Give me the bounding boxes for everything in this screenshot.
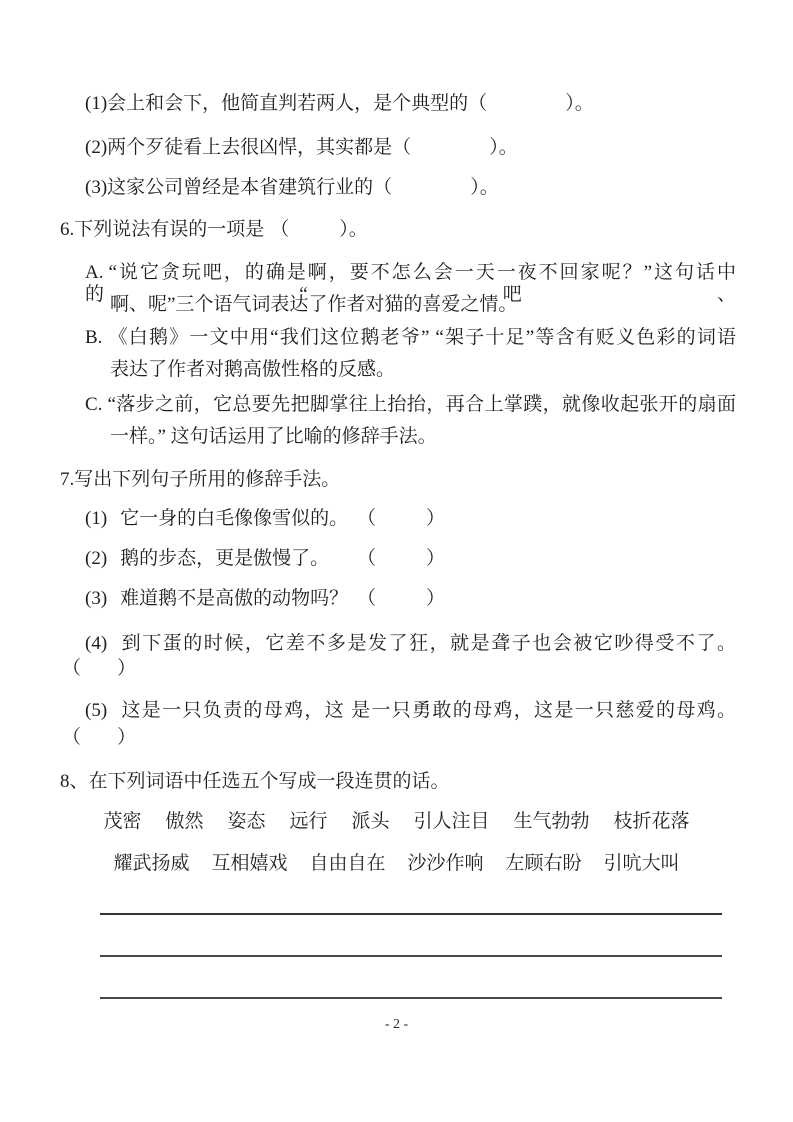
word-bank-row-2: 耀武扬威 互相嬉戏 自由自在 沙沙作响 左顾右盼 引吭大叫 bbox=[57, 853, 736, 875]
option-c: C.“落步之前，它总要先把脚掌往上抬抬，再合上掌蹼，就像收起张开的扇面 一样。”… bbox=[85, 394, 736, 448]
item-number: (5) bbox=[85, 700, 107, 721]
blank-space bbox=[81, 742, 117, 743]
question-7-stem: 7.写出下列句子所用的修辞手法。 bbox=[60, 469, 736, 491]
question-7-item-5-parens: （） bbox=[62, 727, 736, 749]
option-b-line-2: 表达了作者对鹅高傲性格的反感。 bbox=[85, 359, 736, 381]
period: 。 bbox=[575, 93, 594, 114]
paren-open: （ bbox=[357, 508, 376, 529]
page-number: - 2 - bbox=[57, 1015, 736, 1035]
blank-space bbox=[487, 108, 565, 109]
blank-space bbox=[289, 234, 339, 235]
item-text: 两个歹徒看上去很凶悍，其实都是 bbox=[107, 137, 392, 158]
question-7-item-3: (3)难道鹅不是高傲的动物吗？ （） bbox=[85, 588, 736, 610]
word: 茂密 bbox=[103, 811, 141, 833]
paren-close: ） bbox=[470, 177, 480, 198]
item-number: (1) bbox=[85, 508, 107, 529]
blank-space bbox=[81, 673, 117, 674]
item-text: 这是一只负责的母鸡，这 是一只勇敢的母鸡，这是一只慈爱的母鸡。 bbox=[120, 700, 736, 721]
blank-space bbox=[376, 603, 426, 604]
word: 自由自在 bbox=[309, 853, 385, 875]
sentence: (3)难道鹅不是高傲的动物吗？ bbox=[85, 588, 357, 610]
paren-open: （ bbox=[392, 137, 411, 158]
word: 傲然 bbox=[165, 811, 203, 833]
item-text: 鹅的步态，更是傲慢了。 bbox=[120, 548, 329, 569]
question-7-item-1: (1)它一身的白毛像像雪似的。 （） bbox=[85, 508, 736, 530]
option-label: C. bbox=[85, 394, 102, 415]
item-text: 这家公司曾经是本省建筑行业的 bbox=[107, 177, 373, 198]
fill-blank-item-1: (1)会上和会下，他简直判若两人，是个典型的（）。 bbox=[85, 93, 736, 115]
paren-close: ） bbox=[426, 548, 445, 569]
option-c-line-2: 一样。” 这句话运用了比喻的修辞手法。 bbox=[85, 426, 736, 448]
item-text: 到下蛋的时候，它差不多是发了狂，就是聋子也会被它吵得受不了。 bbox=[120, 633, 736, 654]
period: 。 bbox=[499, 137, 518, 158]
word: 耀武扬威 bbox=[113, 853, 189, 875]
paren-close: ） bbox=[489, 137, 499, 158]
answer-line-3 bbox=[100, 957, 722, 999]
answer-line-2 bbox=[100, 915, 722, 957]
item-text: 难道鹅不是高傲的动物吗？ bbox=[120, 588, 348, 609]
paren-open: （ bbox=[270, 219, 289, 240]
paren-close: ） bbox=[565, 93, 575, 114]
word: 生气勃勃 bbox=[514, 811, 590, 833]
item-number: (3) bbox=[85, 588, 107, 609]
option-text: “落步之前，它总要先把脚掌往上抬抬，再合上掌蹼，就像收起张开的扇面 bbox=[107, 394, 736, 415]
question-stem-text: 6.下列说法有误的一项是 bbox=[60, 219, 264, 240]
paren-open: （ bbox=[373, 177, 392, 198]
blank-space bbox=[376, 523, 426, 524]
option-c-line-1: C.“落步之前，它总要先把脚掌往上抬抬，再合上掌蹼，就像收起张开的扇面 bbox=[85, 394, 736, 416]
word: 引吭大叫 bbox=[604, 853, 680, 875]
question-7-item-5: (5)这是一只负责的母鸡，这 是一只勇敢的母鸡，这是一只慈爱的母鸡。 bbox=[85, 700, 736, 722]
fill-blank-item-3: (3)这家公司曾经是本省建筑行业的（）。 bbox=[85, 177, 736, 199]
question-6-stem: 6.下列说法有误的一项是（）。 bbox=[60, 219, 736, 241]
word: 左顾右盼 bbox=[506, 853, 582, 875]
word: 远行 bbox=[289, 811, 327, 833]
worksheet-page: (1)会上和会下，他简直判若两人，是个典型的（）。 (2)两个歹徒看上去很凶悍，… bbox=[0, 0, 793, 1122]
question-7-item-4: (4)到下蛋的时候，它差不多是发了狂，就是聋子也会被它吵得受不了。 bbox=[85, 633, 736, 655]
paren-close: ） bbox=[426, 508, 445, 529]
answer-parens: （） bbox=[357, 588, 445, 610]
option-label: B. bbox=[85, 327, 102, 348]
question-8-stem: 8、在下列词语中任选五个写成一段连贯的话。 bbox=[60, 771, 736, 793]
blank-space bbox=[411, 152, 489, 153]
paren-open: （ bbox=[62, 727, 81, 748]
paren-open: （ bbox=[357, 588, 376, 609]
word: 派头 bbox=[352, 811, 390, 833]
blank-space bbox=[376, 563, 426, 564]
option-a: A.“说它贪玩吧，的确是啊，要不怎么会一天一夜不回家呢？”这句话中的“吧、 啊、… bbox=[85, 262, 736, 316]
answer-line-1 bbox=[100, 875, 722, 915]
blank-space bbox=[392, 192, 470, 193]
question-7-item-2: (2)鹅的步态，更是傲慢了。 （） bbox=[85, 548, 736, 570]
item-number: (1) bbox=[85, 93, 107, 114]
period: 。 bbox=[480, 177, 499, 198]
word: 互相嬉戏 bbox=[211, 853, 287, 875]
answer-parens: （） bbox=[357, 548, 445, 570]
paren-open: （ bbox=[357, 548, 376, 569]
answer-parens: （） bbox=[357, 508, 445, 530]
item-number: (2) bbox=[85, 137, 107, 158]
sentence: (2)鹅的步态，更是傲慢了。 bbox=[85, 548, 357, 570]
option-label: A. bbox=[85, 262, 103, 283]
option-b-line-1: B.《白鹅》一文中用“我们这位鹅老爷” “架子十足”等含有贬义色彩的词语 bbox=[85, 327, 736, 349]
word: 枝折花落 bbox=[614, 811, 690, 833]
option-b: B.《白鹅》一文中用“我们这位鹅老爷” “架子十足”等含有贬义色彩的词语 表达了… bbox=[85, 327, 736, 381]
paren-close: ） bbox=[117, 727, 136, 748]
item-number: (3) bbox=[85, 177, 107, 198]
option-a-line-1: A.“说它贪玩吧，的确是啊，要不怎么会一天一夜不回家呢？”这句话中的“吧、 bbox=[85, 262, 736, 284]
item-number: (2) bbox=[85, 548, 107, 569]
paren-close: ） bbox=[426, 588, 445, 609]
sentence: (1)它一身的白毛像像雪似的。 bbox=[85, 508, 357, 530]
item-text: 会上和会下，他简直判若两人，是个典型的 bbox=[107, 93, 468, 114]
option-text: 《白鹅》一文中用“我们这位鹅老爷” “架子十足”等含有贬义色彩的词语 bbox=[107, 327, 736, 348]
word: 引人注目 bbox=[414, 811, 490, 833]
paren-open: （ bbox=[62, 658, 81, 679]
question-6-options: A.“说它贪玩吧，的确是啊，要不怎么会一天一夜不回家呢？”这句话中的“吧、 啊、… bbox=[85, 262, 736, 448]
item-number: (4) bbox=[85, 633, 107, 654]
question-7-item-4-parens: （） bbox=[62, 658, 736, 680]
period: 。 bbox=[349, 219, 368, 240]
fill-blank-item-2: (2)两个歹徒看上去很凶悍，其实都是（）。 bbox=[85, 137, 736, 159]
item-text: 它一身的白毛像像雪似的。 bbox=[120, 508, 348, 529]
paren-open: （ bbox=[468, 93, 487, 114]
word: 姿态 bbox=[227, 811, 265, 833]
paren-close: ） bbox=[117, 658, 136, 679]
word: 沙沙作响 bbox=[408, 853, 484, 875]
word-bank-row-1: 茂密 傲然 姿态 远行 派头 引人注目 生气勃勃 枝折花落 bbox=[57, 811, 736, 833]
paren-close: ） bbox=[339, 219, 349, 240]
